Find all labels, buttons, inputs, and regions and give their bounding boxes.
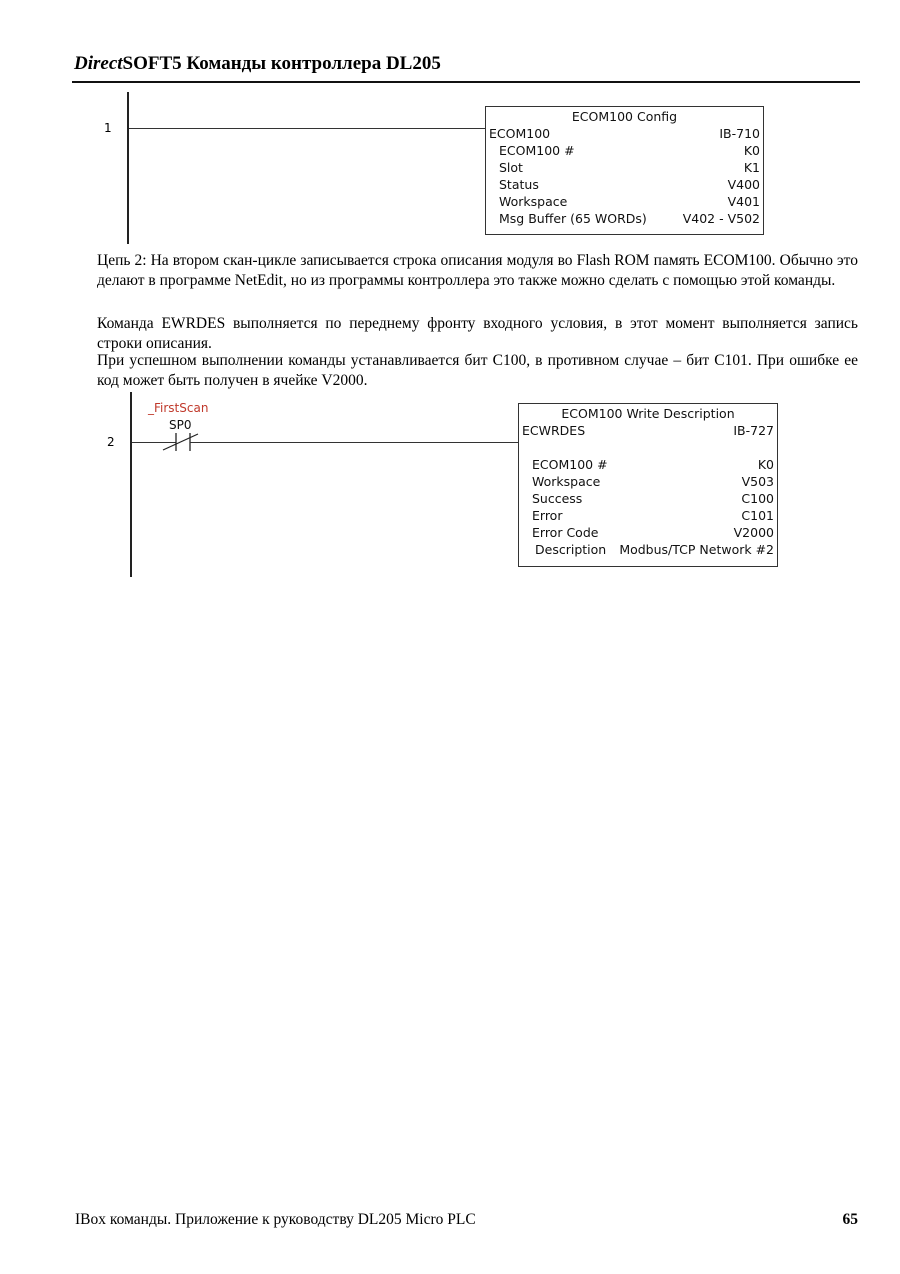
param-value: K0 [744,142,760,159]
param-value: C101 [741,507,774,524]
param-value: C100 [741,490,774,507]
param-value: Modbus/TCP Network #2 [619,541,774,558]
param-label: Error Code [519,524,598,541]
ibox-ecom100-config[interactable]: ECOM100 Config ECOM100 IB-710 ECOM100 # … [485,106,764,235]
ibox-number: IB-727 [733,422,774,439]
param-label: Description [519,541,606,558]
param-value: K0 [758,456,774,473]
header-title-italic: Direct [74,53,123,74]
left-power-rail [127,92,129,244]
ibox-param-row: Workspace V503 [519,473,777,490]
left-power-rail [130,392,132,577]
param-label: Workspace [486,193,567,210]
param-label: Error [519,507,562,524]
ibox-param-row: Success C100 [519,490,777,507]
ibox-number: IB-710 [719,125,760,142]
param-label: Slot [486,159,523,176]
param-value: V2000 [734,524,774,541]
rung-wire [129,128,485,129]
ibox-title: ECOM100 Write Description [519,405,777,422]
param-label: Msg Buffer (65 WORDs) [486,210,647,227]
ibox-ecom100-write-description[interactable]: ECOM100 Write Description ECWRDES IB-727… [518,403,778,567]
page-header-title: DirectSOFT5 Команды контроллера DL205 [74,53,441,75]
ibox-param-row: Description Modbus/TCP Network #2 [519,541,777,558]
paragraph-ewrdes-execution: Команда EWRDES выполняется по переднему … [97,314,858,354]
ibox-instruction-row: ECOM100 IB-710 [486,125,763,142]
ibox-spacer [519,439,777,456]
param-label: ECOM100 # [486,142,575,159]
paragraph-result-bits: При успешном выполнении команды устанавл… [97,351,858,391]
page-number: 65 [843,1211,859,1229]
param-label: Success [519,490,582,507]
contact-nickname: _FirstScan [148,401,208,415]
ibox-param-row: Error C101 [519,507,777,524]
param-label: Workspace [519,473,600,490]
ibox-param-row: Slot K1 [486,159,763,176]
param-label: Status [486,176,539,193]
header-rule [72,81,860,83]
footer-text: IBox команды. Приложение к руководству D… [75,1211,476,1229]
ibox-title: ECOM100 Config [486,108,763,125]
ibox-instruction-row: ECWRDES IB-727 [519,422,777,439]
ibox-param-row: Error Code V2000 [519,524,777,541]
ibox-instruction: ECWRDES [519,422,585,439]
ibox-param-row: ECOM100 # K0 [519,456,777,473]
rung-wire [190,442,518,443]
ibox-param-row: Workspace V401 [486,193,763,210]
ibox-param-row: Status V400 [486,176,763,193]
ibox-instruction: ECOM100 [486,125,550,142]
ibox-param-row: Msg Buffer (65 WORDs) V402 - V502 [486,210,763,227]
paragraph-rung2-description: Цепь 2: На втором скан-цикле записываетс… [97,251,858,291]
rung-number: 2 [107,435,115,449]
rung-number: 1 [104,121,112,135]
param-value: V402 - V502 [683,210,760,227]
ibox-param-row: ECOM100 # K0 [486,142,763,159]
param-label: ECOM100 # [519,456,608,473]
param-value: V401 [728,193,760,210]
param-value: V400 [728,176,760,193]
param-value: V503 [742,473,774,490]
header-title-rest: SOFT5 Команды контроллера DL205 [123,53,441,74]
param-value: K1 [744,159,760,176]
